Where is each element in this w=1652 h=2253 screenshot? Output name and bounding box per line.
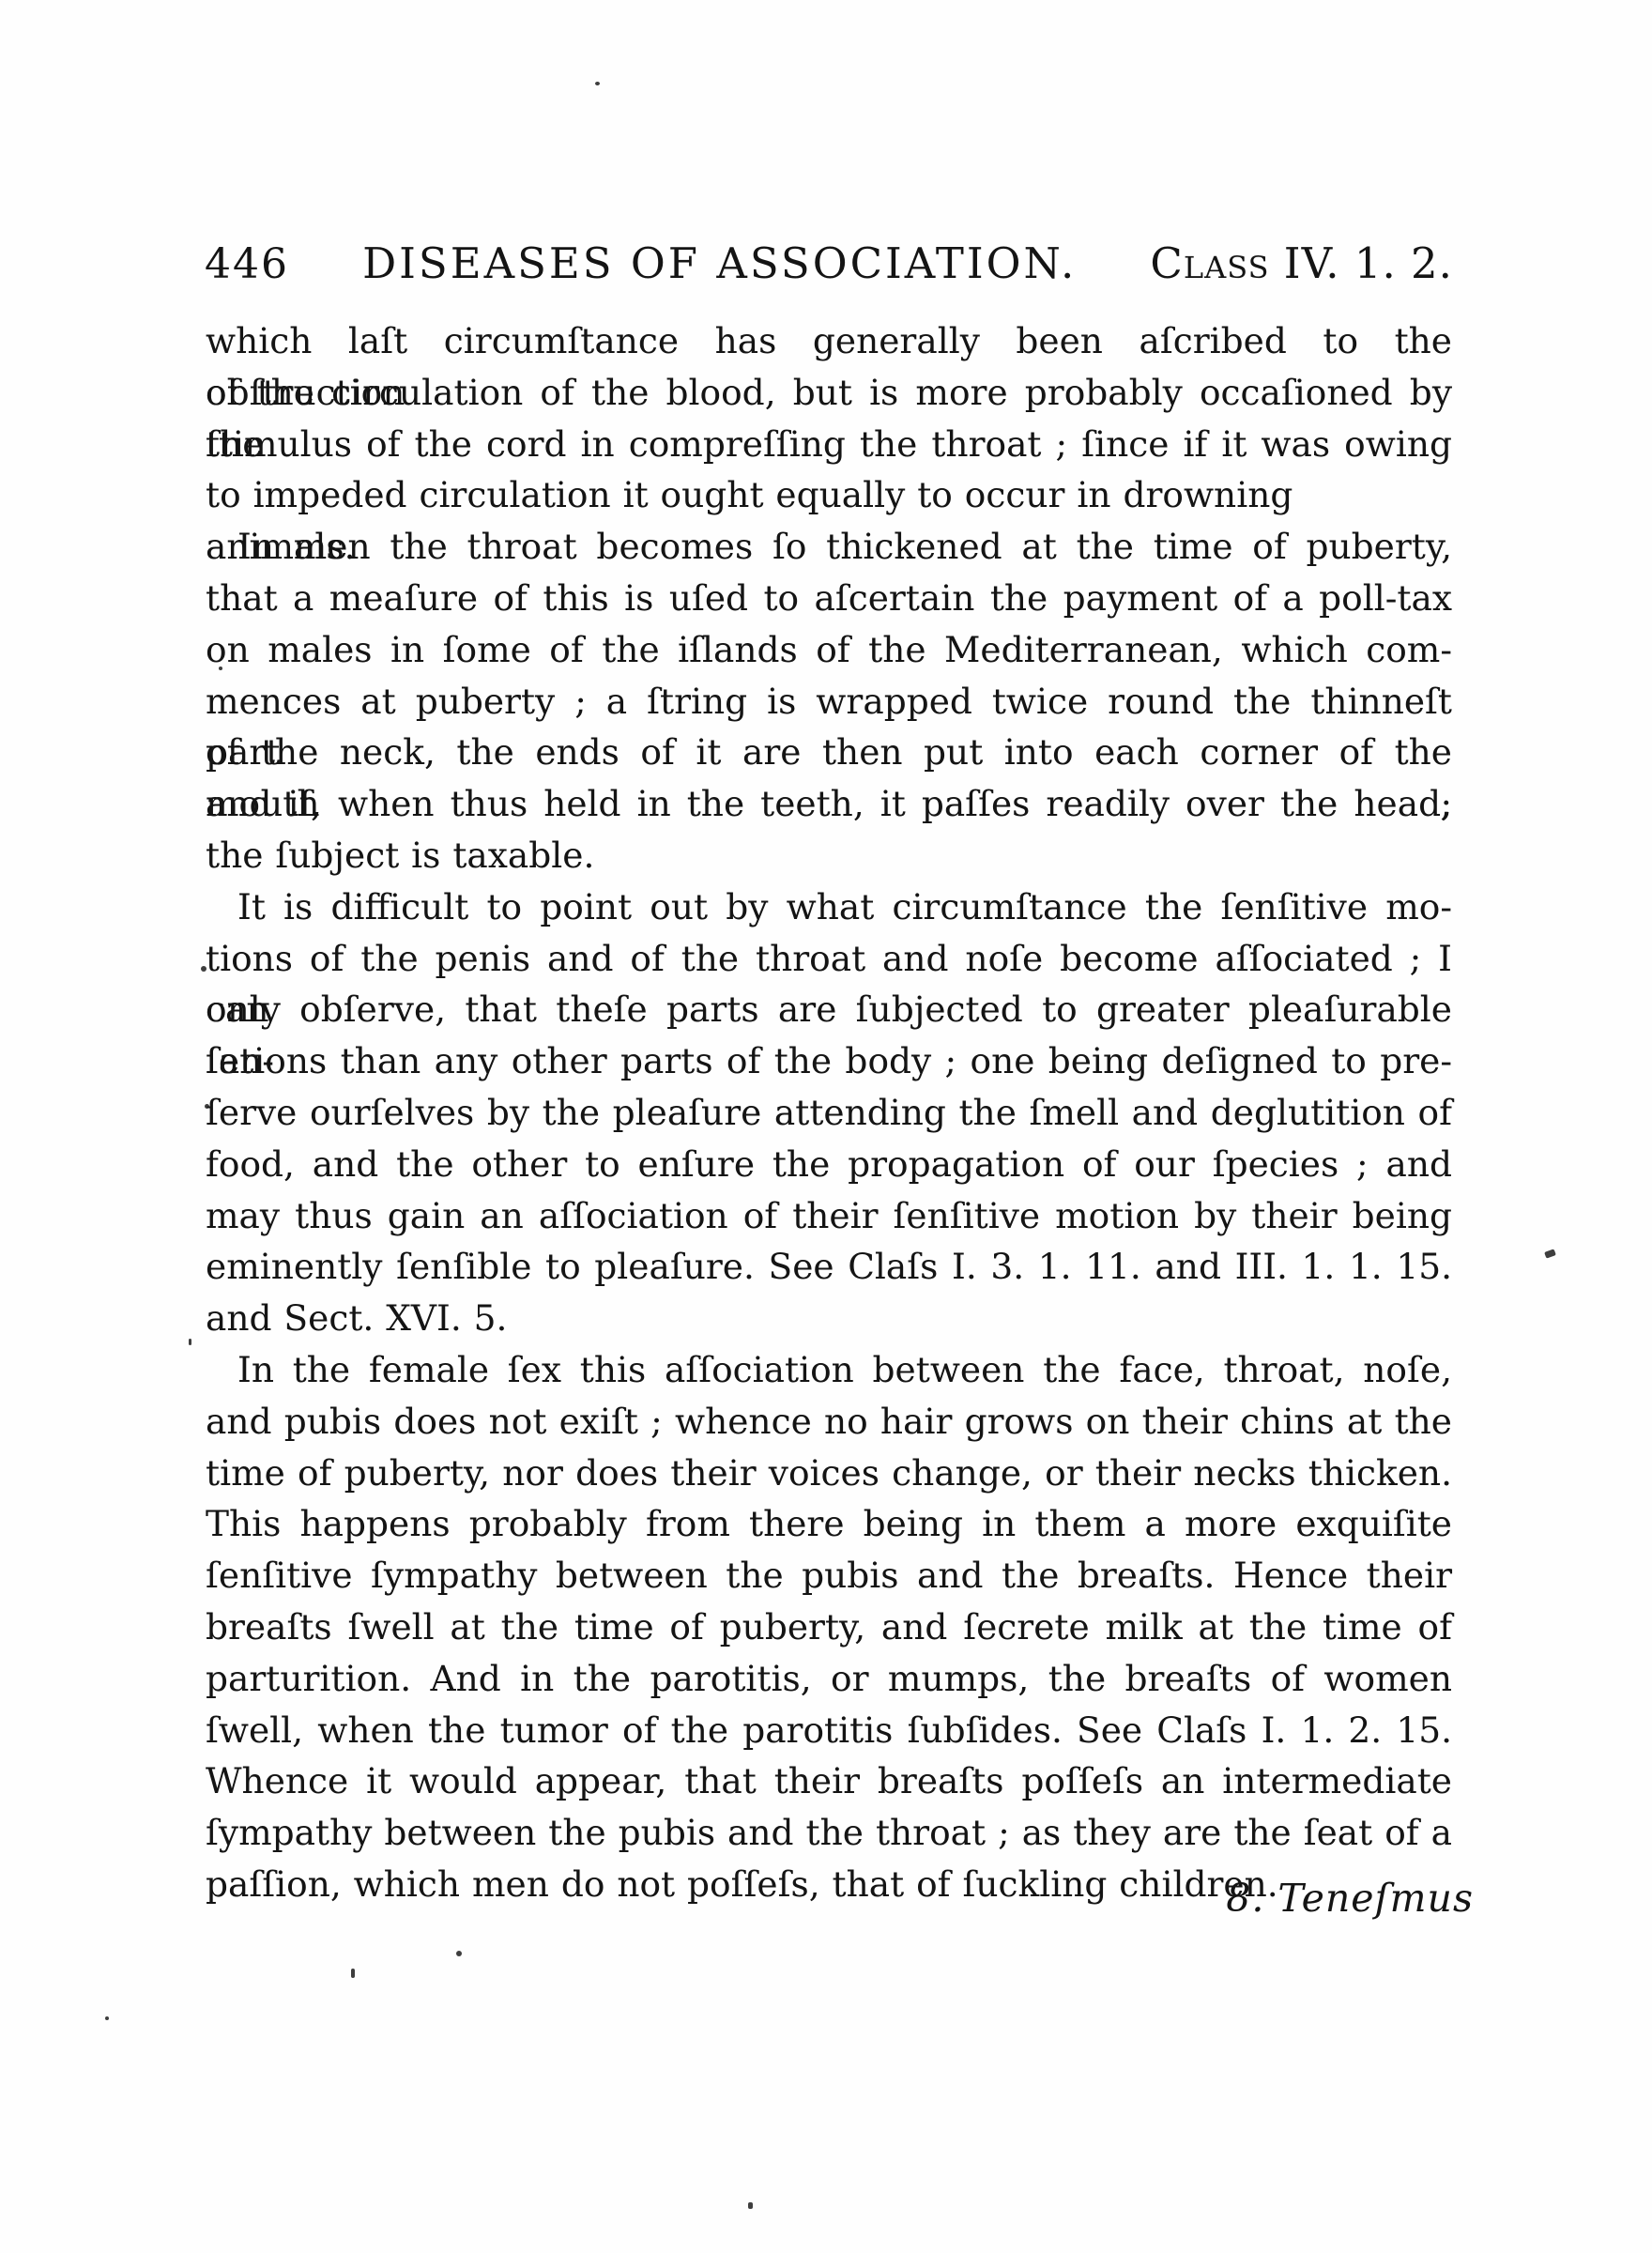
- scan-speck: [595, 82, 600, 85]
- text-line: on males in ſome of the iſlands of the M…: [206, 624, 1452, 676]
- catchword: 8. Teneſmus: [1226, 1876, 1474, 1921]
- book-page: 446 DISEASES OF ASSOCIATION. Class IV. 1…: [0, 0, 1652, 2253]
- text-line: breaſts ſwell at the time of puberty, an…: [206, 1602, 1452, 1653]
- text-line: may thus gain an aſſociation of their ſe…: [206, 1190, 1452, 1242]
- text-line: ſerve ourſelves by the pleaſure attendin…: [206, 1087, 1452, 1139]
- text-line: and if, when thus held in the teeth, it …: [206, 778, 1452, 830]
- text-line: to impeded circulation it ought equally …: [206, 469, 1452, 521]
- scan-speck: [456, 1951, 462, 1956]
- text-line: food, and the other to enſure the propag…: [206, 1139, 1452, 1190]
- text-line: This happens probably from there being i…: [206, 1498, 1452, 1550]
- text-line: the ſubject is taxable.: [206, 830, 1452, 881]
- text-line: ſenſitive ſympathy between the pubis and…: [206, 1550, 1452, 1602]
- running-title: DISEASES OF ASSOCIATION.: [362, 238, 1077, 288]
- class-reference: Class IV. 1. 2.: [1150, 238, 1453, 288]
- scan-speck: [205, 1104, 209, 1109]
- text-line: of the neck, the ends of it are then put…: [206, 727, 1452, 778]
- text-line: ſations than any other parts of the body…: [206, 1035, 1452, 1087]
- scan-speck: [105, 2016, 109, 2020]
- text-line: which laſt circumſtance has generally be…: [206, 315, 1452, 367]
- text-line: In the female ſex this aſſociation betwe…: [206, 1344, 1452, 1396]
- text-line: It is difficult to point out by what cir…: [206, 881, 1452, 933]
- scan-speck: [219, 667, 222, 670]
- scan-speck: [1544, 1249, 1556, 1258]
- text-line: In men the throat becomes ſo thickened a…: [206, 521, 1452, 573]
- text-line: eminently ſenſible to pleaſure. See Claſ…: [206, 1241, 1452, 1293]
- text-line: ſwell, when the tumor of the parotitis ſ…: [206, 1705, 1452, 1756]
- text-line: only obſerve, that theſe parts are ſubje…: [206, 984, 1452, 1035]
- scan-speck: [351, 1969, 355, 1978]
- page-number: 446: [205, 240, 289, 288]
- text-line: time of puberty, nor does their voices c…: [206, 1448, 1452, 1499]
- scan-speck: [201, 966, 206, 972]
- text-line: that a meaſure of this is uſed to aſcert…: [206, 573, 1452, 624]
- page-header: 446 DISEASES OF ASSOCIATION. Class IV. 1…: [205, 238, 1453, 288]
- text-line: Whence it would appear, that their breaſ…: [206, 1755, 1452, 1807]
- body-text: which laſt circumſtance has generally be…: [206, 315, 1452, 1910]
- text-line: ſtimulus of the cord in compreſſing the …: [206, 419, 1452, 470]
- text-line: and pubis does not exiſt ; whence no hai…: [206, 1396, 1452, 1448]
- text-line: of the circulation of the blood, but is …: [206, 367, 1452, 419]
- text-line: and Sect. XVI. 5.: [206, 1293, 1452, 1344]
- text-line: mences at puberty ; a ſtring is wrapped …: [206, 676, 1452, 728]
- scan-speck: [748, 2202, 753, 2209]
- scan-speck: [189, 1339, 191, 1345]
- text-line: parturition. And in the parotitis, or mu…: [206, 1653, 1452, 1705]
- text-line: tions of the penis and of the throat and…: [206, 933, 1452, 985]
- text-line: ſympathy between the pubis and the throa…: [206, 1807, 1452, 1859]
